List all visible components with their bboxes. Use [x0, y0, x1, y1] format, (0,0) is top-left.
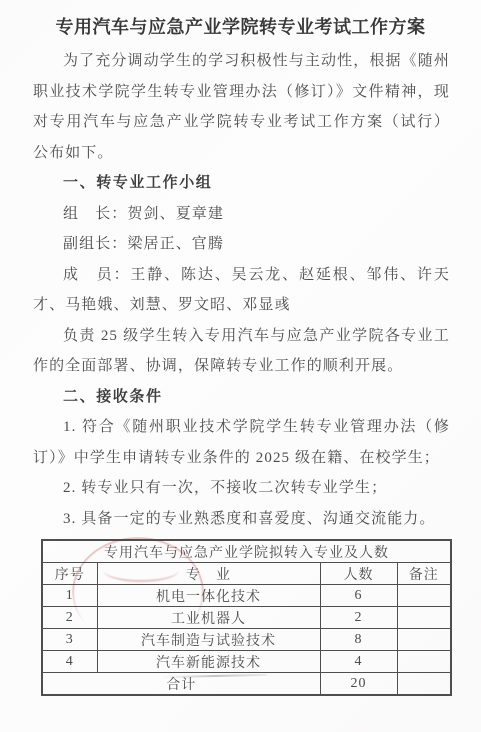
- row-count: 2: [320, 607, 397, 629]
- table-row: 3 汽车制造与试验技术 8: [42, 629, 451, 651]
- row-no: 3: [42, 629, 97, 651]
- intro-paragraph: 为了充分调动学生的学习积极性与主动性，根据《随州职业技术学院学生转专业管理办法（…: [33, 46, 450, 168]
- table-caption-row: 专用汽车与应急产业学院拟转入专业及人数: [42, 540, 451, 563]
- row-major: 工业机器人: [97, 607, 320, 629]
- condition-item-3: 3. 具备一定的专业熟悉度和喜爱度、沟通交流能力。: [33, 504, 450, 535]
- row-major: 汽车制造与试验技术: [97, 629, 320, 651]
- row-no: 1: [42, 585, 97, 607]
- document-title: 专用汽车与应急产业学院转专业考试工作方案: [0, 0, 481, 40]
- row-count: 4: [320, 651, 397, 673]
- document-body: 为了充分调动学生的学习积极性与主动性，根据《随州职业技术学院学生转专业管理办法（…: [0, 46, 481, 534]
- row-note: [397, 585, 451, 607]
- table-row: 4 汽车新能源技术 4: [42, 651, 451, 673]
- row-major: 机电一体化技术: [97, 585, 320, 607]
- header-major: 专 业: [97, 563, 320, 585]
- row-no: 4: [42, 651, 97, 673]
- scanned-document-page: 专用汽车与应急产业学院转专业考试工作方案 为了充分调动学生的学习积极性与主动性，…: [0, 0, 481, 732]
- footer-note: [397, 673, 451, 696]
- row-note: [397, 607, 451, 629]
- header-no: 序号: [42, 563, 97, 585]
- row-note: [397, 629, 451, 651]
- row-note: [397, 651, 451, 673]
- table-caption: 专用汽车与应急产业学院拟转入专业及人数: [42, 540, 451, 563]
- section-1-heading: 一、转专业工作小组: [33, 168, 450, 199]
- deputy-leader-line: 副组长：梁居正、官腾: [33, 229, 450, 260]
- table-row: 2 工业机器人 2: [42, 607, 451, 629]
- header-note: 备注: [397, 563, 451, 585]
- row-count: 6: [320, 585, 397, 607]
- group-leader-line: 组 长：贺剑、夏章建: [33, 199, 450, 230]
- condition-item-2: 2. 转专业只有一次，不接收二次转专业学生；: [33, 473, 450, 504]
- condition-item-1: 1. 符合《随州职业技术学院学生转专业管理办法（修订）》中学生申请转专业条件的 …: [33, 412, 450, 473]
- header-count: 人数: [320, 563, 397, 585]
- row-count: 8: [320, 629, 397, 651]
- admission-quota-table: 专用汽车与应急产业学院拟转入专业及人数 序号 专 业 人数 备注 1 机电一体化…: [41, 539, 452, 696]
- section-2-heading: 二、接收条件: [33, 382, 450, 413]
- table-header-row: 序号 专 业 人数 备注: [42, 563, 451, 585]
- duty-paragraph: 负责 25 级学生转入专用汽车与应急产业学院各专业工作的全面部署、协调，保障转专…: [33, 321, 450, 382]
- members-line: 成 员：王静、陈达、吴云龙、赵延根、邹伟、许天才、马艳娥、刘慧、罗文昭、邓显彧: [33, 260, 450, 321]
- row-no: 2: [42, 607, 97, 629]
- footer-total: 20: [320, 673, 397, 696]
- row-major: 汽车新能源技术: [97, 651, 320, 673]
- table-row: 1 机电一体化技术 6: [42, 585, 451, 607]
